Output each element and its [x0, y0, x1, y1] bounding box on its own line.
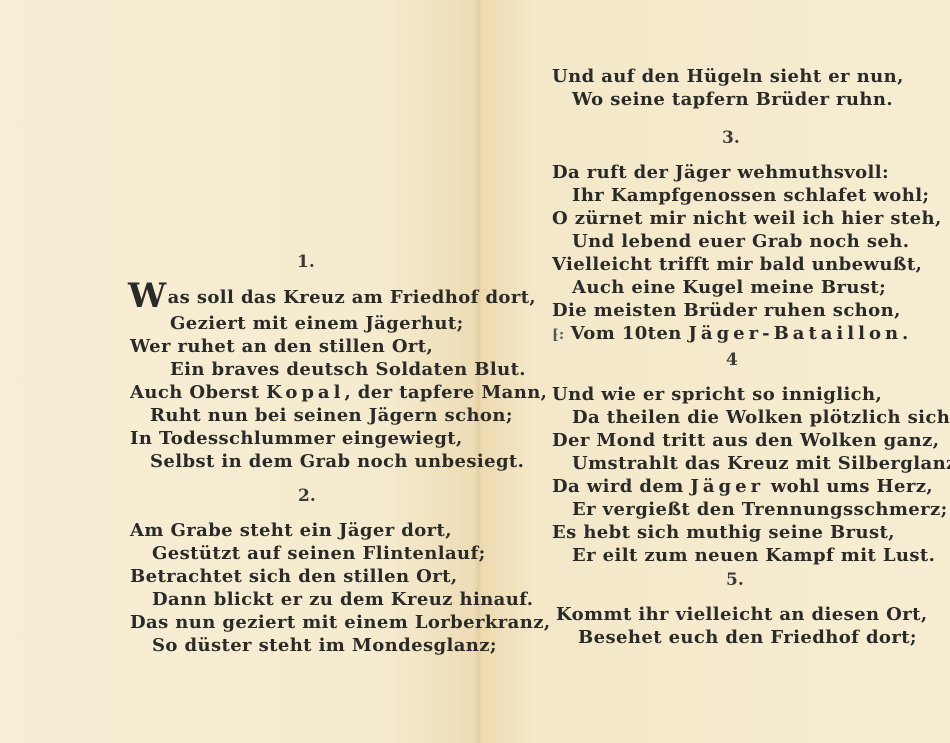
verse-line: Ruht nun bei seinen Jägern schon; [150, 405, 513, 426]
verse-line: Da ruft der Jäger wehmuthsvoll: [552, 162, 889, 183]
verse-line: Ihr Kampfgenossen schlafet wohl; [572, 185, 929, 206]
verse-line: Vielleicht trifft mir bald unbewußt, [552, 254, 922, 275]
verse-line: Besehet euch den Friedhof dort; [578, 627, 917, 648]
stanza-number: 2. [298, 486, 316, 506]
verse-line: Dann blickt er zu dem Kreuz hinauf. [152, 589, 533, 610]
verse-line: Der Mond tritt aus den Wolken ganz, [552, 430, 939, 451]
verse-line: Und lebend euer Grab noch seh. [572, 231, 909, 252]
book-spread: 1. Was soll das Kreuz am Friedhof dort, … [0, 0, 950, 743]
verse-line: Er eilt zum neuen Kampf mit Lust. [572, 545, 935, 566]
name-kopal: Kopal [266, 382, 344, 403]
stanza-number: 5. [726, 570, 744, 590]
verse-line: Und auf den Hügeln sieht er nun, [552, 66, 904, 87]
verse-line: Auch Oberst Kopal, der tapfere Mann, [130, 382, 547, 403]
verse-text: , der tapfere Mann, [344, 382, 547, 403]
verse-line: In Todesschlummer eingewiegt, [130, 428, 463, 449]
verse-line: Wo seine tapfern Brüder ruhn. [572, 89, 893, 110]
verse-line: Und wie er spricht so inniglich, [552, 384, 882, 405]
verse-line: ⁅:Vom 10ten Jäger-Bataillon. [552, 323, 912, 344]
verse-text: as soll das Kreuz am Friedhof dort, [168, 287, 537, 308]
verse-line: Das nun geziert mit einem Lorberkranz, [130, 612, 550, 633]
verse-text: Vom 10ten [571, 323, 689, 344]
battalion-name: Jäger-Bataillon. [688, 323, 912, 344]
stanza-number: 4 [726, 350, 738, 370]
verse-line: Kommt ihr vielleicht an diesen Ort, [556, 604, 928, 625]
verse-line: Selbst in dem Grab noch unbesiegt. [150, 451, 524, 472]
verse-line: So düster steht im Mondesglanz; [152, 635, 497, 656]
verse-line: Wer ruhet an den stillen Ort, [130, 336, 433, 357]
verse-line: Am Grabe steht ein Jäger dort, [130, 520, 452, 541]
verse-text: wohl ums Herz, [764, 476, 933, 497]
stanza-number: 3. [722, 128, 740, 148]
verse-line: Da wird dem Jäger wohl ums Herz, [552, 476, 933, 497]
verse-line: Ein braves deutsch Soldaten Blut. [170, 359, 526, 380]
verse-line: Er vergießt den Trennungsschmerz; [572, 499, 948, 520]
verse-line: Was soll das Kreuz am Friedhof dort, [128, 286, 536, 308]
jaeger-spaced: Jäger [690, 476, 764, 497]
verse-line: Geziert mit einem Jägerhut; [170, 313, 464, 334]
verse-text: Da wird dem [552, 476, 690, 497]
verse-line: O zürnet mir nicht weil ich hier steh, [552, 208, 942, 229]
verse-line: Betrachtet sich den stillen Ort, [130, 566, 458, 587]
stanza-number: 1. [297, 252, 315, 272]
drop-cap: W [128, 276, 167, 316]
verse-line: Die meisten Brüder ruhen schon, [552, 300, 901, 321]
verse-text: Auch Oberst [130, 382, 266, 403]
margin-mark: ⁅: [552, 327, 565, 343]
verse-line: Es hebt sich muthig seine Brust, [552, 522, 895, 543]
verse-line: Auch eine Kugel meine Brust; [572, 277, 886, 298]
verse-line: Umstrahlt das Kreuz mit Silberglanz. [572, 453, 950, 474]
verse-line: Da theilen die Wolken plötzlich sich; [572, 407, 950, 428]
verse-line: Gestützt auf seinen Flintenlauf; [152, 543, 486, 564]
